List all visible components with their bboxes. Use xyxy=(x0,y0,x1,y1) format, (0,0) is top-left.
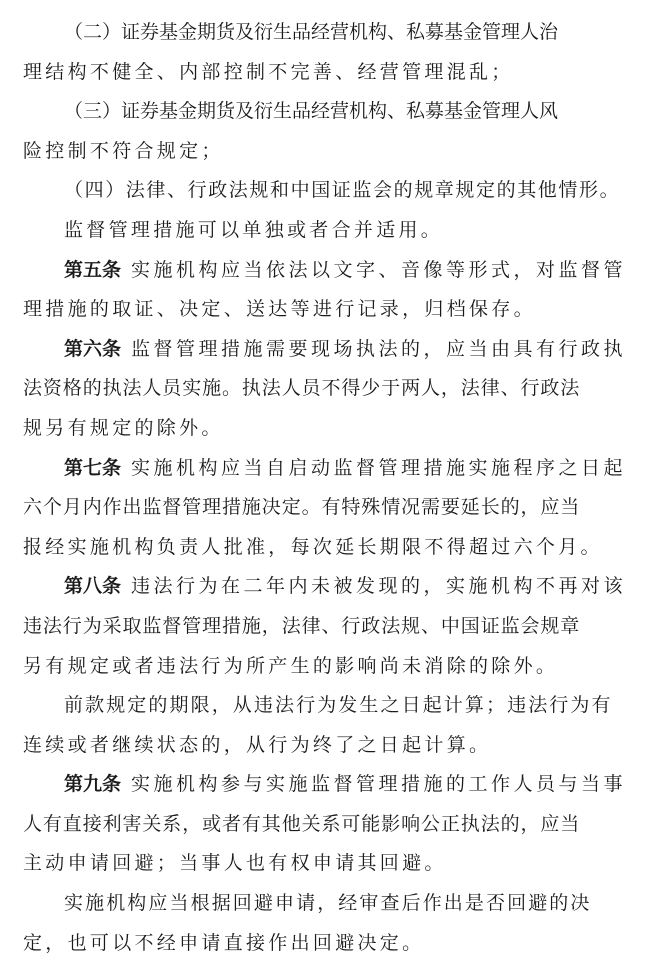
document-body: （二）证券基金期货及衍生品经营机构、私募基金管理人治 理结构不健全、内部控制不完… xyxy=(23,13,607,963)
text-line: （二）证券基金期货及衍生品经营机构、私募基金管理人治 xyxy=(23,13,607,53)
article-first-line: 第八条违法行为在二年内未被发现的，实施机构不再对该 xyxy=(23,567,607,607)
line-text: 实施机构应当自启动监督管理措施实施程序之日起 xyxy=(131,449,626,489)
line-text: （四）法律、行政法规和中国证监会的规章规定的其他情形。 xyxy=(64,171,620,211)
article-heading: 第六条 xyxy=(64,330,121,370)
text-line: （四）法律、行政法规和中国证监会的规章规定的其他情形。 xyxy=(23,171,607,211)
line-text: 理措施的取证、决定、送达等进行记录，归档保存。 xyxy=(23,290,536,330)
text-line: 实施机构应当根据回避申请，经审查后作出是否回避的决 xyxy=(23,884,607,924)
article-heading: 第八条 xyxy=(64,567,121,607)
line-text: 险控制不符合规定； xyxy=(23,132,224,172)
line-text: 法资格的执法人员实施。执法人员不得少于两人，法律、行政法 xyxy=(23,369,580,409)
line-text: 连续或者继续状态的，从行为终了之日起计算。 xyxy=(23,726,491,766)
article-first-line: 第六条监督管理措施需要现场执法的，应当由具有行政执 xyxy=(23,330,607,370)
line-text: 实施机构应当依法以文字、音像等形式，对监督管 xyxy=(131,251,626,291)
line-text: 违法行为在二年内未被发现的，实施机构不再对该 xyxy=(131,567,626,607)
text-line: 报经实施机构负责人批准，每次延长期限不得超过六个月。 xyxy=(23,528,607,568)
line-text: （二）证券基金期货及衍生品经营机构、私募基金管理人治 xyxy=(64,13,558,53)
text-line: 违法行为采取监督管理措施，法律、行政法规、中国证监会规章 xyxy=(23,607,607,647)
line-text: 监督管理措施可以单独或者合并适用。 xyxy=(64,211,443,251)
text-line: 六个月内作出监督管理措施决定。有特殊情况需要延长的，应当 xyxy=(23,488,607,528)
text-line: 另有规定或者违法行为所产生的影响尚未消除的除外。 xyxy=(23,647,607,687)
article-first-line: 第九条实施机构参与实施监督管理措施的工作人员与当事 xyxy=(23,765,607,805)
line-text: （三）证券基金期货及衍生品经营机构、私募基金管理人风 xyxy=(64,92,558,132)
article-first-line: 第七条实施机构应当自启动监督管理措施实施程序之日起 xyxy=(23,449,607,489)
text-line: 人有直接利害关系，或者有其他关系可能影响公正执法的，应当 xyxy=(23,805,607,845)
text-line: 连续或者继续状态的，从行为终了之日起计算。 xyxy=(23,726,607,766)
text-line: 定，也可以不经申请直接作出回避决定。 xyxy=(23,924,607,964)
article-first-line: 第五条实施机构应当依法以文字、音像等形式，对监督管 xyxy=(23,251,607,291)
line-text: 违法行为采取监督管理措施，法律、行政法规、中国证监会规章 xyxy=(23,607,580,647)
line-text: 主动申请回避；当事人也有权申请其回避。 xyxy=(23,844,447,884)
line-text: 实施机构应当根据回避申请，经审查后作出是否回避的决 xyxy=(64,884,592,924)
text-line: 监督管理措施可以单独或者合并适用。 xyxy=(23,211,607,251)
text-line: 法资格的执法人员实施。执法人员不得少于两人，法律、行政法 xyxy=(23,369,607,409)
text-line: 前款规定的期限，从违法行为发生之日起计算；违法行为有 xyxy=(23,686,607,726)
line-text: 监督管理措施需要现场执法的，应当由具有行政执 xyxy=(131,330,626,370)
text-line: 理措施的取证、决定、送达等进行记录，归档保存。 xyxy=(23,290,607,330)
text-line: （三）证券基金期货及衍生品经营机构、私募基金管理人风 xyxy=(23,92,607,132)
line-text: 理结构不健全、内部控制不完善、经营管理混乱； xyxy=(23,53,514,93)
article-heading: 第七条 xyxy=(64,449,121,489)
article-heading: 第九条 xyxy=(64,765,121,805)
text-line: 理结构不健全、内部控制不完善、经营管理混乱； xyxy=(23,53,607,93)
line-text: 实施机构参与实施监督管理措施的工作人员与当事 xyxy=(131,765,626,805)
line-text: 规另有规定的除外。 xyxy=(23,409,224,449)
line-text: 六个月内作出监督管理措施决定。有特殊情况需要延长的，应当 xyxy=(23,488,580,528)
line-text: 人有直接利害关系，或者有其他关系可能影响公正执法的，应当 xyxy=(23,805,580,845)
line-text: 另有规定或者违法行为所产生的影响尚未消除的除外。 xyxy=(23,647,558,687)
line-text: 报经实施机构负责人批准，每次延长期限不得超过六个月。 xyxy=(23,528,603,568)
text-line: 规另有规定的除外。 xyxy=(23,409,607,449)
line-text: 前款规定的期限，从违法行为发生之日起计算；违法行为有 xyxy=(64,686,613,726)
text-line: 险控制不符合规定； xyxy=(23,132,607,172)
line-text: 定，也可以不经申请直接作出回避决定。 xyxy=(23,924,424,964)
text-line: 主动申请回避；当事人也有权申请其回避。 xyxy=(23,844,607,884)
article-heading: 第五条 xyxy=(64,251,121,291)
